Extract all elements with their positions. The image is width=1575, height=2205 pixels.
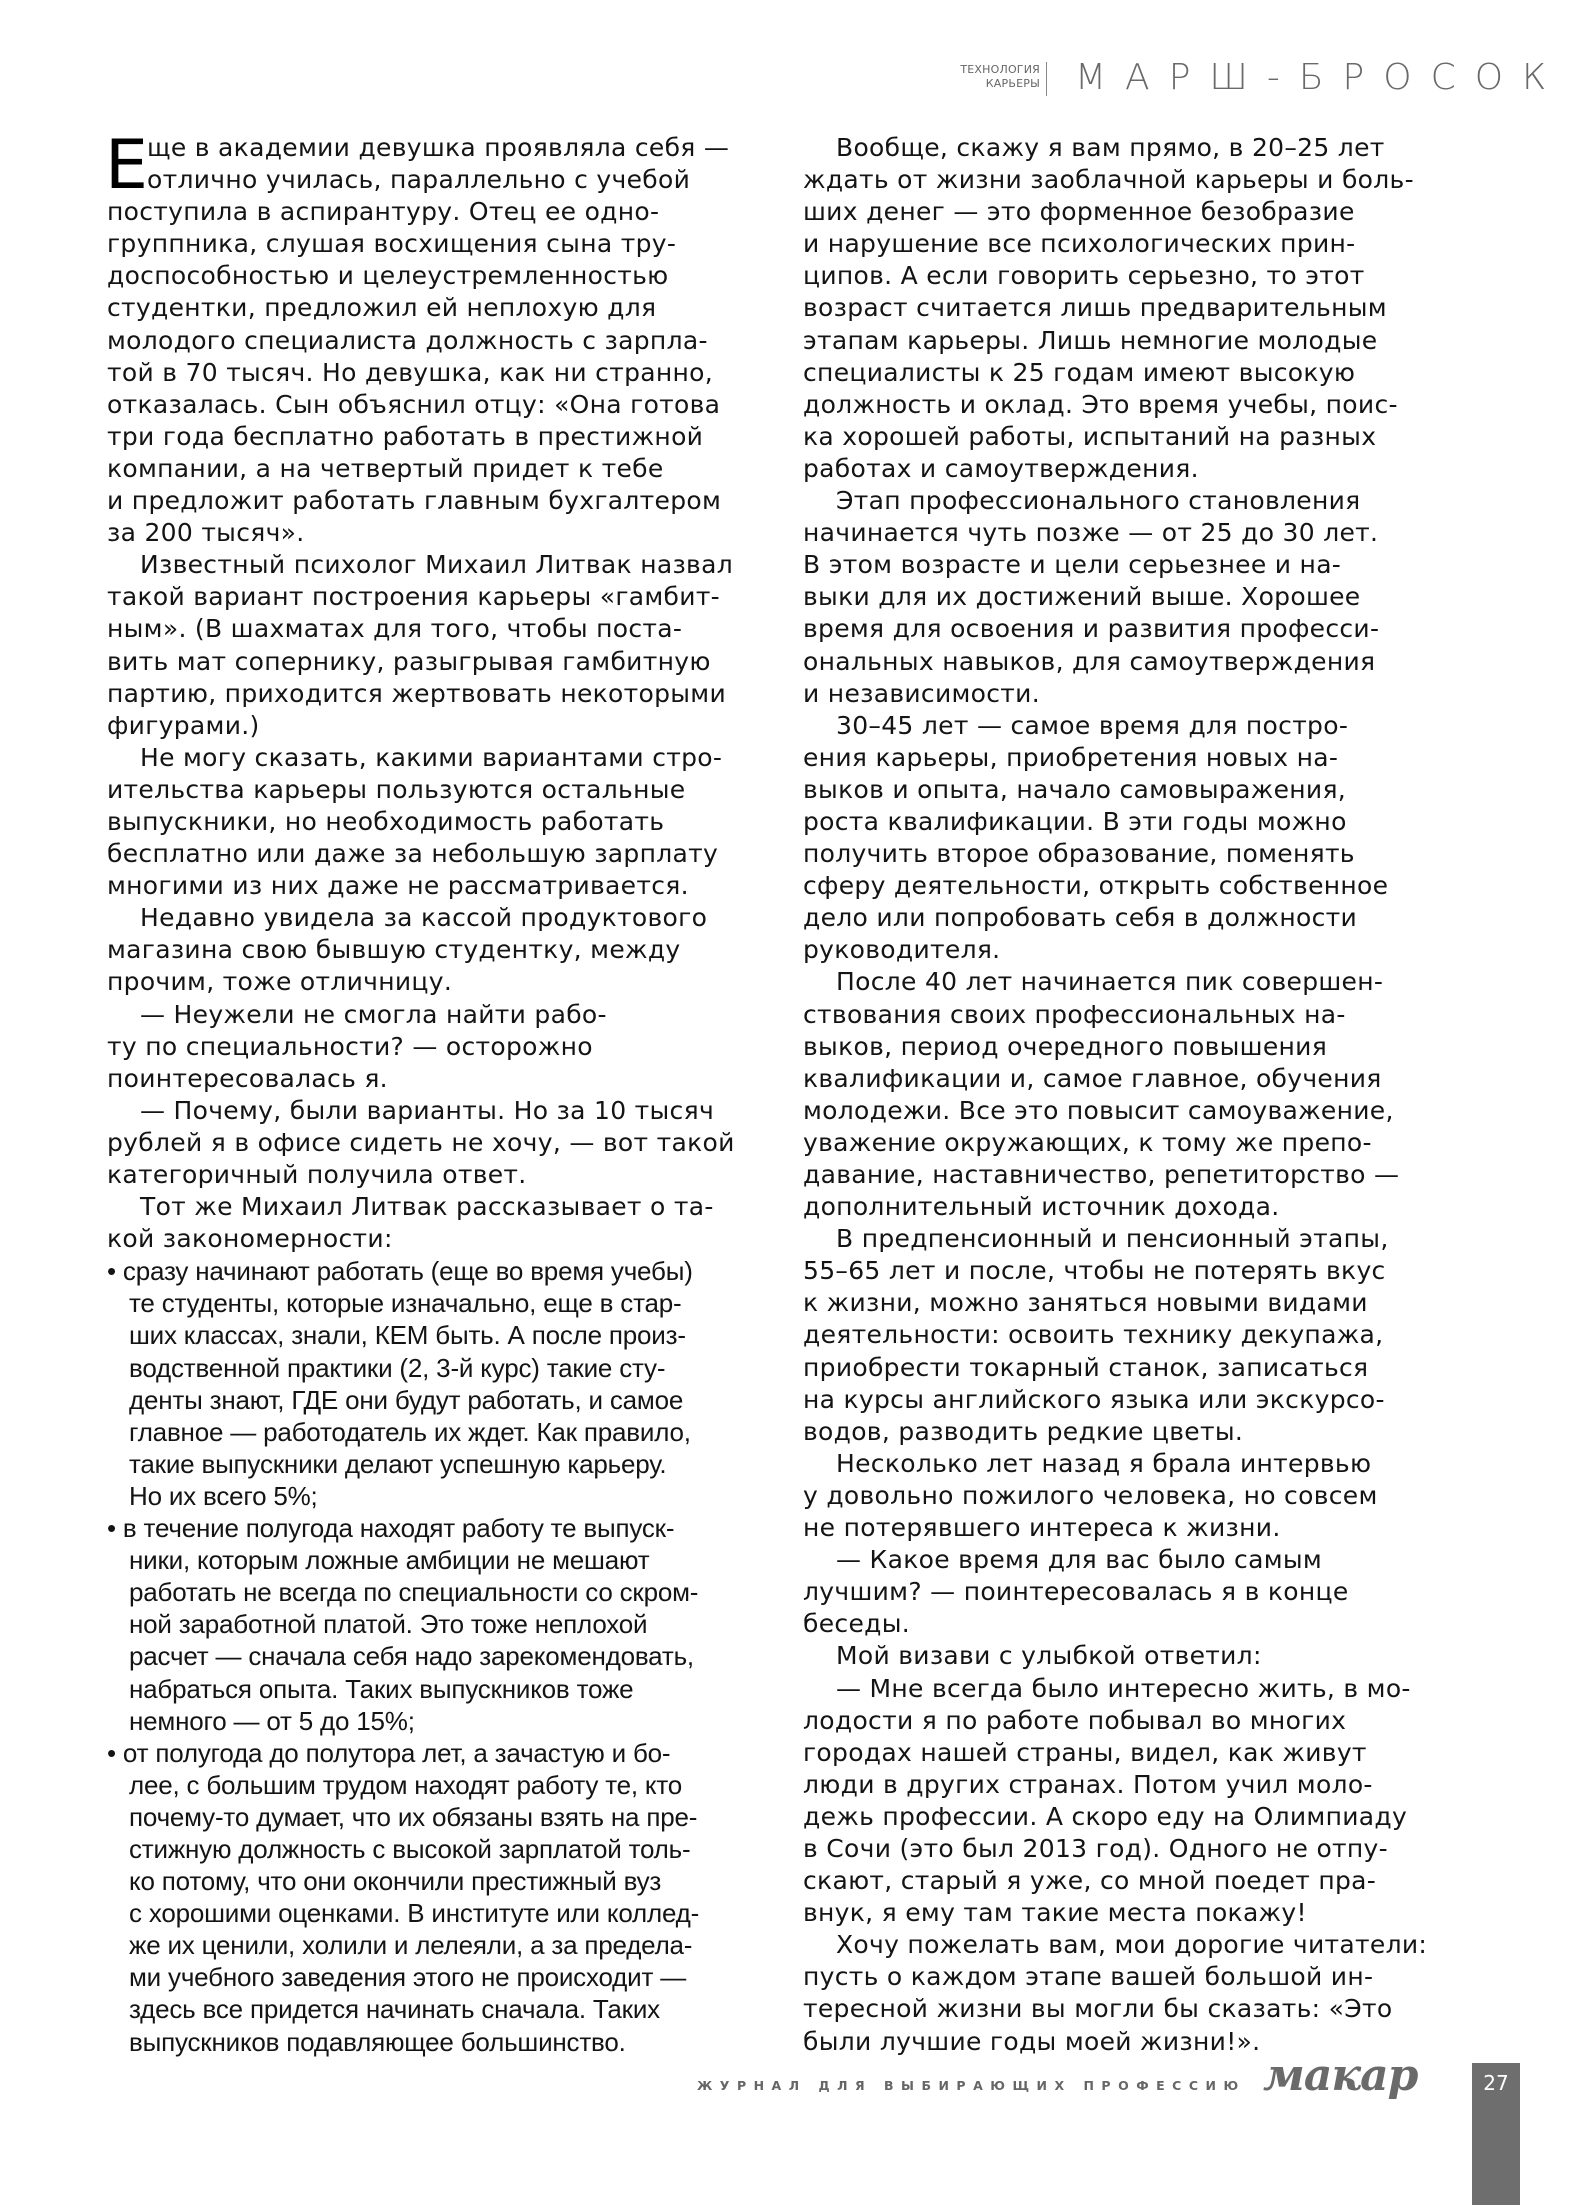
text-line: кой закономерности: (107, 1223, 777, 1255)
text-line: у довольно пожилого человека, но совсем (803, 1480, 1473, 1512)
text-line: лодости я по работе побывал во многих (803, 1705, 1473, 1737)
text-line: Известный психолог Михаил Литвак назвал (107, 549, 777, 581)
text-line: вить мат сопернику, разыгрывая гамбитную (107, 646, 777, 678)
text-line: не потерявшего интереса к жизни. (803, 1512, 1473, 1544)
text-line: городах нашей страны, видел, как живут (803, 1737, 1473, 1769)
text-line: фигурами.) (107, 710, 777, 742)
text-line: Недавно увидела за кассой продуктового (107, 902, 777, 934)
text-line: выков, период очередного повышения (803, 1031, 1473, 1063)
text-line: руководителя. (803, 934, 1473, 966)
text-line: ждать от жизни заоблачной карьеры и боль… (803, 164, 1473, 196)
text-line: тересной жизни вы могли бы сказать: «Это (803, 1993, 1473, 2025)
text-line: три года бесплатно работать в престижной (107, 421, 777, 453)
text-line: рублей я в офисе сидеть не хочу, — вот т… (107, 1127, 777, 1159)
text-line: дежь профессии. А скоро еду на Олимпиаду (803, 1801, 1473, 1833)
article-column-left: ще в академии девушка проявляла себя —Ео… (107, 132, 777, 2058)
text-line: прочим, тоже отличницу. (107, 966, 777, 998)
text-line: многими из них даже не рассматривается. (107, 870, 777, 902)
text-line: ми учебного заведения этого не происходи… (107, 1961, 777, 1993)
text-line: скают, старый я уже, со мной поедет пра- (803, 1865, 1473, 1897)
text-line: • от полугода до полутора лет, а зачасту… (107, 1737, 777, 1769)
section-title: МАРШ-БРОСОК (1075, 58, 1565, 98)
text-line: квалификации и, самое главное, обучения (803, 1063, 1473, 1095)
text-line: за 200 тысяч». (107, 517, 777, 549)
text-line: этапам карьеры. Лишь немногие молодые (803, 325, 1473, 357)
text-line: расчет — сначала себя надо зарекомендова… (107, 1640, 777, 1672)
text-line: такой вариант построения карьеры «гамбит… (107, 581, 777, 613)
text-line: Мой визави с улыбкой ответил: (803, 1640, 1473, 1672)
text-line: ным». (В шахматах для того, чтобы поста- (107, 613, 777, 645)
text-line: начинается чуть позже — от 25 до 30 лет. (803, 517, 1473, 549)
footer-tagline: ЖУРНАЛ ДЛЯ ВЫБИРАЮЩИХ ПРОФЕССИЮ (697, 2078, 1246, 2093)
text-line: Этап профессионального становления (803, 485, 1473, 517)
text-line: беседы. (803, 1608, 1473, 1640)
text-line: и нарушение все психологических прин- (803, 228, 1473, 260)
text-line: специалисты к 25 годам имеют высокую (803, 357, 1473, 389)
text-line: время для освоения и развития професси- (803, 613, 1473, 645)
text-line: выпускники, но необходимость работать (107, 806, 777, 838)
text-line: люди в других странах. Потом учил моло- (803, 1769, 1473, 1801)
text-line: деятельности: освоить технику декупажа, (803, 1319, 1473, 1351)
text-line: же их ценили, холили и лелеяли, а за пре… (107, 1929, 777, 1961)
text-line: приобрести токарный станок, записаться (803, 1352, 1473, 1384)
text-line: водственной практики (2, 3-й курс) такие… (107, 1352, 777, 1384)
text-line: ствования своих профессиональных на- (803, 999, 1473, 1031)
text-line: ших денег — это форменное безобразие (803, 196, 1473, 228)
text-line: ительства карьеры пользуются остальные (107, 774, 777, 806)
text-line: дополнительный источник дохода. (803, 1191, 1473, 1223)
text-line: студентки, предложил ей неплохую для (107, 292, 777, 324)
text-line: выпускников подавляющее большинство. (107, 2026, 777, 2058)
text-line: ще в академии девушка проявляла себя —Е (107, 132, 777, 164)
text-line: водов, разводить редкие цветы. (803, 1416, 1473, 1448)
text-line: поинтересовалась я. (107, 1063, 777, 1095)
rubric-label: ТЕХНОЛОГИЯ КАРЬЕРЫ (930, 63, 1040, 91)
text-line: Несколько лет назад я брала интервью (803, 1448, 1473, 1480)
text-line: Не могу сказать, какими вариантами стро- (107, 742, 777, 774)
text-line: — Мне всегда было интересно жить, в мо- (803, 1673, 1473, 1705)
text-line: такие выпускники делают успешную карьеру… (107, 1448, 777, 1480)
text-line: почему-то думает, что их обязаны взять н… (107, 1801, 777, 1833)
text-line: на курсы английского языка или экскурсо- (803, 1384, 1473, 1416)
text-line: к жизни, можно заняться новыми видами (803, 1287, 1473, 1319)
text-line: лее, с большим трудом находят работу те,… (107, 1769, 777, 1801)
text-line: здесь все придется начинать сначала. Так… (107, 1993, 777, 2025)
text-line: магазина свою бывшую студентку, между (107, 934, 777, 966)
text-line: молодежи. Все это повысит самоуважение, (803, 1095, 1473, 1127)
text-line: работать не всегда по специальности со с… (107, 1576, 777, 1608)
text-line: той в 70 тысяч. Но девушка, как ни стран… (107, 357, 777, 389)
text-line: роста квалификации. В эти годы можно (803, 806, 1473, 838)
text-line: в Сочи (это был 2013 год). Одного не отп… (803, 1833, 1473, 1865)
text-line: бесплатно или даже за небольшую зарплату (107, 838, 777, 870)
text-line: поступила в аспирантуру. Отец ее одно- (107, 196, 777, 228)
text-line: уважение окружающих, к тому же препо- (803, 1127, 1473, 1159)
article-column-right: Вообще, скажу я вам прямо, в 20–25 летжд… (803, 132, 1473, 2058)
text-line: • в течение полугода находят работу те в… (107, 1512, 777, 1544)
text-line: отлично училась, параллельно с учебой (107, 164, 777, 196)
text-line: доспособностью и целеустремленностью (107, 260, 777, 292)
text-line: дело или попробовать себя в должности (803, 902, 1473, 934)
text-line: компании, а на четвертый придет к тебе (107, 453, 777, 485)
text-line: ники, которым ложные амбиции не мешают (107, 1544, 777, 1576)
text-line: лучшим? — поинтересовалась я в конце (803, 1576, 1473, 1608)
text-line: денты знают, ГДЕ они будут работать, и с… (107, 1384, 777, 1416)
text-line: • сразу начинают работать (еще во время … (107, 1255, 777, 1287)
text-line: ка хорошей работы, испытаний на разных (803, 421, 1473, 453)
page-number: 27 (1472, 2071, 1520, 2095)
text-line: должность и оклад. Это время учебы, поис… (803, 389, 1473, 421)
text-line: — Почему, были варианты. Но за 10 тысяч (107, 1095, 777, 1127)
text-line: В предпенсионный и пенсионный этапы, (803, 1223, 1473, 1255)
text-line: ципов. А если говорить серьезно, то этот (803, 260, 1473, 292)
magazine-logo: макар (1263, 2050, 1417, 2101)
text-line: работах и самоутверждения. (803, 453, 1473, 485)
text-line: возраст считается лишь предварительным (803, 292, 1473, 324)
text-line: ко потому, что они окончили престижный в… (107, 1865, 777, 1897)
text-line: ения карьеры, приобретения новых на- (803, 742, 1473, 774)
text-line: и предложит работать главным бухгалтером (107, 485, 777, 517)
text-line: ной заработной платой. Это тоже неплохой (107, 1608, 777, 1640)
text-line: ших классах, знали, КЕМ быть. А после пр… (107, 1319, 777, 1351)
text-line: 30–45 лет — самое время для постро- (803, 710, 1473, 742)
rubric-line-1: ТЕХНОЛОГИЯ (930, 63, 1040, 77)
text-line: отказалась. Сын объяснил отцу: «Она гото… (107, 389, 777, 421)
text-line: и независимости. (803, 678, 1473, 710)
text-line: Вообще, скажу я вам прямо, в 20–25 лет (803, 132, 1473, 164)
text-line: ональных навыков, для самоутверждения (803, 646, 1473, 678)
text-line: немного — от 5 до 15%; (107, 1705, 777, 1737)
text-line: главное — работодатель их ждет. Как прав… (107, 1416, 777, 1448)
text-line: После 40 лет начинается пик совершен- (803, 966, 1473, 998)
text-line: стижную должность с высокой зарплатой то… (107, 1833, 777, 1865)
text-line: внук, я ему там такие места покажу! (803, 1897, 1473, 1929)
text-line: набраться опыта. Таких выпускников тоже (107, 1673, 777, 1705)
text-line: — Неужели не смогла найти рабо- (107, 999, 777, 1031)
text-line: Хочу пожелать вам, мои дорогие читатели: (803, 1929, 1473, 1961)
text-line: партию, приходится жертвовать некоторыми (107, 678, 777, 710)
text-line: ту по специальности? — осторожно (107, 1031, 777, 1063)
text-line: группника, слушая восхищения сына тру- (107, 228, 777, 260)
text-line: сферу деятельности, открыть собственное (803, 870, 1473, 902)
text-line: В этом возрасте и цели серьезнее и на- (803, 549, 1473, 581)
text-line: Тот же Михаил Литвак рассказывает о та- (107, 1191, 777, 1223)
header-divider (1046, 62, 1047, 96)
text-line: пусть о каждом этапе вашей большой ин- (803, 1961, 1473, 1993)
text-line: 55–65 лет и после, чтобы не потерять вку… (803, 1255, 1473, 1287)
text-line: выков и опыта, начало самовыражения, (803, 774, 1473, 806)
text-line: те студенты, которые изначально, еще в с… (107, 1287, 777, 1319)
text-line: категоричный получила ответ. (107, 1159, 777, 1191)
text-line: молодого специалиста должность с зарпла- (107, 325, 777, 357)
page-number-tab: 27 (1472, 2063, 1520, 2205)
text-line: давание, наставничество, репетиторство — (803, 1159, 1473, 1191)
text-line: получить второе образование, поменять (803, 838, 1473, 870)
rubric-line-2: КАРЬЕРЫ (930, 77, 1040, 91)
text-line: Но их всего 5%; (107, 1480, 777, 1512)
text-line: с хорошими оценками. В институте или кол… (107, 1897, 777, 1929)
text-line: выки для их достижений выше. Хорошее (803, 581, 1473, 613)
text-line: — Какое время для вас было самым (803, 1544, 1473, 1576)
